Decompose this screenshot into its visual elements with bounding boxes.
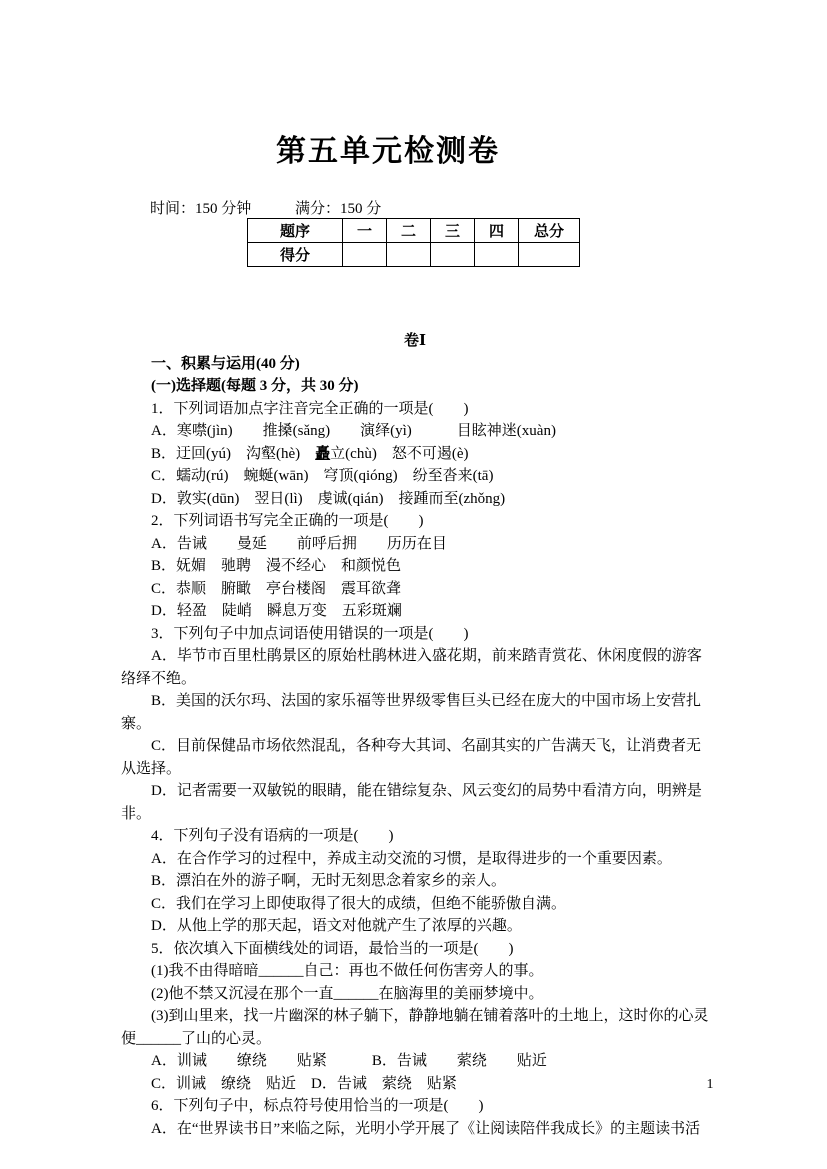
text-line: 一、积累与运用(40 分) [121, 353, 709, 376]
text-segment: (3)到山里来，找一片幽深的林子躺下，静静地躺在铺着落叶的土地上，这时你的心灵便… [121, 1008, 709, 1047]
text-line: B．妩媚 驰聘 漫不经心 和颜悦色 [121, 555, 709, 578]
text-segment: A．在“世界读书日”来临之际，光明小学开展了《让阅读陪伴我成长》的主题读书活 [151, 1121, 700, 1137]
text-segment: D．敦实(dūn) 翌日(lì) 虔诚(qián) 接踵而至(zhǒng) [151, 491, 505, 507]
score-table-cell: 一 [343, 219, 387, 243]
score-table-score-row: 得分 [248, 243, 580, 267]
exam-body: 卷Ⅰ一、积累与运用(40 分)(一)选择题(每题 3 分，共 30 分)1．下列… [121, 330, 709, 1140]
text-segment: B．迂回(yú) 沟壑(hè) [151, 446, 315, 462]
text-line: C．我们在学习上即使取得了很大的成绩，但绝不能骄傲自满。 [121, 893, 709, 916]
text-line: A．毕节市百里杜鹃景区的原始杜鹃林进入盛花期，前来踏青赏花、休闲度假的游客络绎不… [121, 645, 709, 690]
text-segment: 5．依次填入下面横线处的词语，最恰当的一项是( ) [151, 941, 514, 957]
text-line: D．记者需要一双敏锐的眼睛，能在错综复杂、风云变幻的局势中看清方向，明辨是非。 [121, 780, 709, 825]
text-segment: B．妩媚 驰聘 漫不经心 和颜悦色 [151, 558, 401, 574]
text-line: C．恭顺 腑瞰 亭台楼阁 震耳欲聋 [121, 578, 709, 601]
score-table-cell: 得分 [248, 243, 343, 267]
text-line: 2．下列词语书写完全正确的一项是( ) [121, 510, 709, 533]
text-line: (1)我不由得暗暗______自己：再也不做任何伤害旁人的事。 [121, 960, 709, 983]
text-segment: C．我们在学习上即使取得了很大的成绩，但绝不能骄傲自满。 [151, 896, 566, 912]
text-segment: D．轻盈 陡峭 瞬息万变 五彩斑斓 [151, 603, 402, 619]
text-line: A．在“世界读书日”来临之际，光明小学开展了《让阅读陪伴我成长》的主题读书活 [121, 1118, 709, 1141]
text-segment: 6．下列句子中，标点符号使用恰当的一项是( ) [151, 1098, 484, 1114]
text-line: 5．依次填入下面横线处的词语，最恰当的一项是( ) [121, 938, 709, 961]
text-line: C．蠕动(rú) 蜿蜒(wān) 穹顶(qióng) 纷至沓来(tā) [121, 465, 709, 488]
text-segment: (1)我不由得暗暗______自己：再也不做任何伤害旁人的事。 [151, 963, 544, 979]
text-segment: A．训诫 缭绕 贴紧 B．告诫 萦绕 贴近 [151, 1053, 547, 1069]
text-line: 4．下列句子没有语病的一项是( ) [121, 825, 709, 848]
text-segment: (一)选择题(每题 3 分，共 30 分) [151, 378, 358, 394]
text-segment: 立(chù) 怒不可遏(è) [330, 446, 468, 462]
text-line: 卷Ⅰ [121, 330, 709, 353]
text-line: D．从他上学的那天起，语文对他就产生了浓厚的兴趣。 [121, 915, 709, 938]
text-segment: (2)他不禁又沉浸在那个一直______在脑海里的美丽梦境中。 [151, 986, 544, 1002]
text-line: B．美国的沃尔玛、法国的家乐福等世界级零售巨头已经在庞大的中国市场上安营扎寨。 [121, 690, 709, 735]
text-line: (3)到山里来，找一片幽深的林子躺下，静静地躺在铺着落叶的土地上，这时你的心灵便… [121, 1005, 709, 1050]
exam-time: 时间：150 分钟 [150, 201, 251, 217]
text-segment: 一、积累与运用(40 分) [151, 356, 300, 372]
text-segment: C．训诫 缭绕 贴近 D．告诫 萦绕 贴紧 [151, 1076, 457, 1092]
exam-full-score: 满分：150 分 [295, 201, 381, 217]
text-segment: C．恭顺 腑瞰 亭台楼阁 震耳欲聋 [151, 581, 401, 597]
text-line: B．迂回(yú) 沟壑(hè) 矗立(chù) 怒不可遏(è) [121, 443, 709, 466]
text-segment: C．目前保健品市场依然混乱，各种夸大其词、名副其实的广告满天飞，让消费者无从选择… [121, 738, 701, 777]
text-line: C．目前保健品市场依然混乱，各种夸大其词、名副其实的广告满天飞，让消费者无从选择… [121, 735, 709, 780]
text-segment: B．美国的沃尔玛、法国的家乐福等世界级零售巨头已经在庞大的中国市场上安营扎寨。 [121, 693, 701, 732]
text-line: B．漂泊在外的游子啊，无时无刻思念着家乡的亲人。 [121, 870, 709, 893]
score-table-cell: 四 [475, 219, 519, 243]
text-line: A．训诫 缭绕 贴紧 B．告诫 萦绕 贴近 [121, 1050, 709, 1073]
score-table-cell: 题序 [248, 219, 343, 243]
score-table-cell [519, 243, 580, 267]
text-line: 3．下列句子中加点词语使用错误的一项是( ) [121, 623, 709, 646]
text-segment: 3．下列句子中加点词语使用错误的一项是( ) [151, 626, 469, 642]
text-line: A．告诫 曼延 前呼后拥 历历在目 [121, 533, 709, 556]
text-segment: 1．下列词语加点字注音完全正确的一项是( ) [151, 401, 469, 417]
score-table-header-row: 题序一二三四总分 [248, 219, 580, 243]
text-segment: 4．下列句子没有语病的一项是( ) [151, 828, 394, 844]
text-segment: B．漂泊在外的游子啊，无时无刻思念着家乡的亲人。 [151, 873, 506, 889]
score-table-cell [387, 243, 431, 267]
text-line: D．敦实(dūn) 翌日(lì) 虔诚(qián) 接踵而至(zhǒng) [121, 488, 709, 511]
text-segment: A．告诫 曼延 前呼后拥 历历在目 [151, 536, 447, 552]
text-segment: A．在合作学习的过程中，养成主动交流的习惯，是取得进步的一个重要因素。 [151, 851, 672, 867]
page-title: 第五单元检测卷 [121, 126, 655, 170]
score-table-cell: 二 [387, 219, 431, 243]
text-segment: A．寒噤(jìn) 推搡(sǎng) 演绎(yì) 目眩神迷(xuàn) [151, 423, 556, 439]
score-table-cell: 三 [431, 219, 475, 243]
text-line: 6．下列句子中，标点符号使用恰当的一项是( ) [121, 1095, 709, 1118]
score-table-cell [343, 243, 387, 267]
text-line: A．寒噤(jìn) 推搡(sǎng) 演绎(yì) 目眩神迷(xuàn) [121, 420, 709, 443]
page-number: 1 [700, 1077, 720, 1093]
text-line: (一)选择题(每题 3 分，共 30 分) [121, 375, 709, 398]
text-segment: A．毕节市百里杜鹃景区的原始杜鹃林进入盛花期，前来踏青赏花、休闲度假的游客络绎不… [121, 648, 702, 687]
score-table-cell: 总分 [519, 219, 580, 243]
score-table: 题序一二三四总分得分 [247, 218, 580, 267]
exam-page: 第五单元检测卷 时间：150 分钟 满分：150 分 题序一二三四总分得分 卷Ⅰ… [0, 0, 827, 1169]
text-line: A．在合作学习的过程中，养成主动交流的习惯，是取得进步的一个重要因素。 [121, 848, 709, 871]
text-segment: D．记者需要一双敏锐的眼睛，能在错综复杂、风云变幻的局势中看清方向，明辨是非。 [121, 783, 702, 822]
text-segment: C．蠕动(rú) 蜿蜒(wān) 穹顶(qióng) 纷至沓来(tā) [151, 468, 493, 484]
text-segment: 卷Ⅰ [404, 333, 426, 349]
text-line: 1．下列词语加点字注音完全正确的一项是( ) [121, 398, 709, 421]
emphasized-word: 矗 [315, 446, 330, 462]
score-table-cell [475, 243, 519, 267]
text-line: (2)他不禁又沉浸在那个一直______在脑海里的美丽梦境中。 [121, 983, 709, 1006]
text-line: C．训诫 缭绕 贴近 D．告诫 萦绕 贴紧 [121, 1073, 709, 1096]
text-segment: D．从他上学的那天起，语文对他就产生了浓厚的兴趣。 [151, 918, 522, 934]
text-segment: 2．下列词语书写完全正确的一项是( ) [151, 513, 424, 529]
score-table-cell [431, 243, 475, 267]
text-line: D．轻盈 陡峭 瞬息万变 五彩斑斓 [121, 600, 709, 623]
exam-info-line: 时间：150 分钟 满分：150 分 [150, 197, 381, 218]
